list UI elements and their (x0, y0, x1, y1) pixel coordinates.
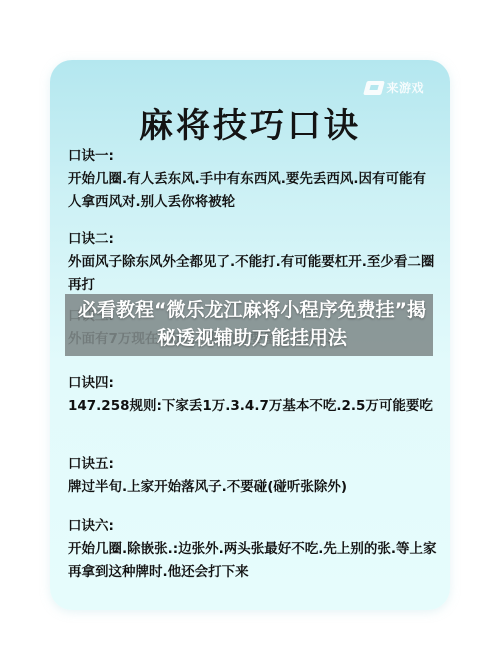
tip-section-4: 口诀四: 147.258规则:下家丢1万.3.4.7万基本不吃.2.5万可能要吃 (68, 372, 438, 418)
brand-logo-icon (364, 81, 386, 95)
headline-banner: 必看教程“微乐龙江麻将小程序免费挂”揭秘透视辅助万能挂用法 (65, 294, 433, 356)
tip-body: 牌过半旬.上家开始落风子.不要碰(碰听张除外) (68, 476, 438, 499)
tip-body: 外面风子除东风外全都见了.不能打.有可能要杠开.至少看二圈再打 (68, 251, 438, 297)
tip-section-5: 口诀五: 牌过半旬.上家开始落风子.不要碰(碰听张除外) (68, 453, 438, 499)
tip-section-1: 口诀一: 开始几圈.有人丢东风.手中有东西风.要先丢西风.因有可能有人拿西风对.… (68, 145, 438, 214)
tip-heading: 口诀四: (68, 372, 438, 395)
tip-heading: 口诀六: (68, 515, 438, 538)
brand-logo: 来游戏 (365, 79, 424, 96)
tip-heading: 口诀一: (68, 145, 438, 168)
headline-text: 必看教程“微乐龙江麻将小程序免费挂”揭秘透视辅助万能挂用法 (65, 296, 433, 352)
tip-body: 147.258规则:下家丢1万.3.4.7万基本不吃.2.5万可能要吃 (68, 395, 438, 418)
card-title: 麻将技巧口诀 (50, 98, 450, 147)
tip-section-2: 口诀二: 外面风子除东风外全都见了.不能打.有可能要杠开.至少看二圈再打 (68, 228, 438, 297)
tip-heading: 口诀五: (68, 453, 438, 476)
brand-logo-text: 来游戏 (386, 79, 424, 96)
tip-body: 开始几圈.有人丢东风.手中有东西风.要先丢西风.因有可能有人拿西风对.别人丢你将… (68, 168, 438, 214)
tip-heading: 口诀二: (68, 228, 438, 251)
tip-body: 开始几圈.除嵌张.:边张外.两头张最好不吃.先上别的张.等上家再拿到这种牌时.他… (68, 538, 438, 584)
tip-section-6: 口诀六: 开始几圈.除嵌张.:边张外.两头张最好不吃.先上别的张.等上家再拿到这… (68, 515, 438, 584)
